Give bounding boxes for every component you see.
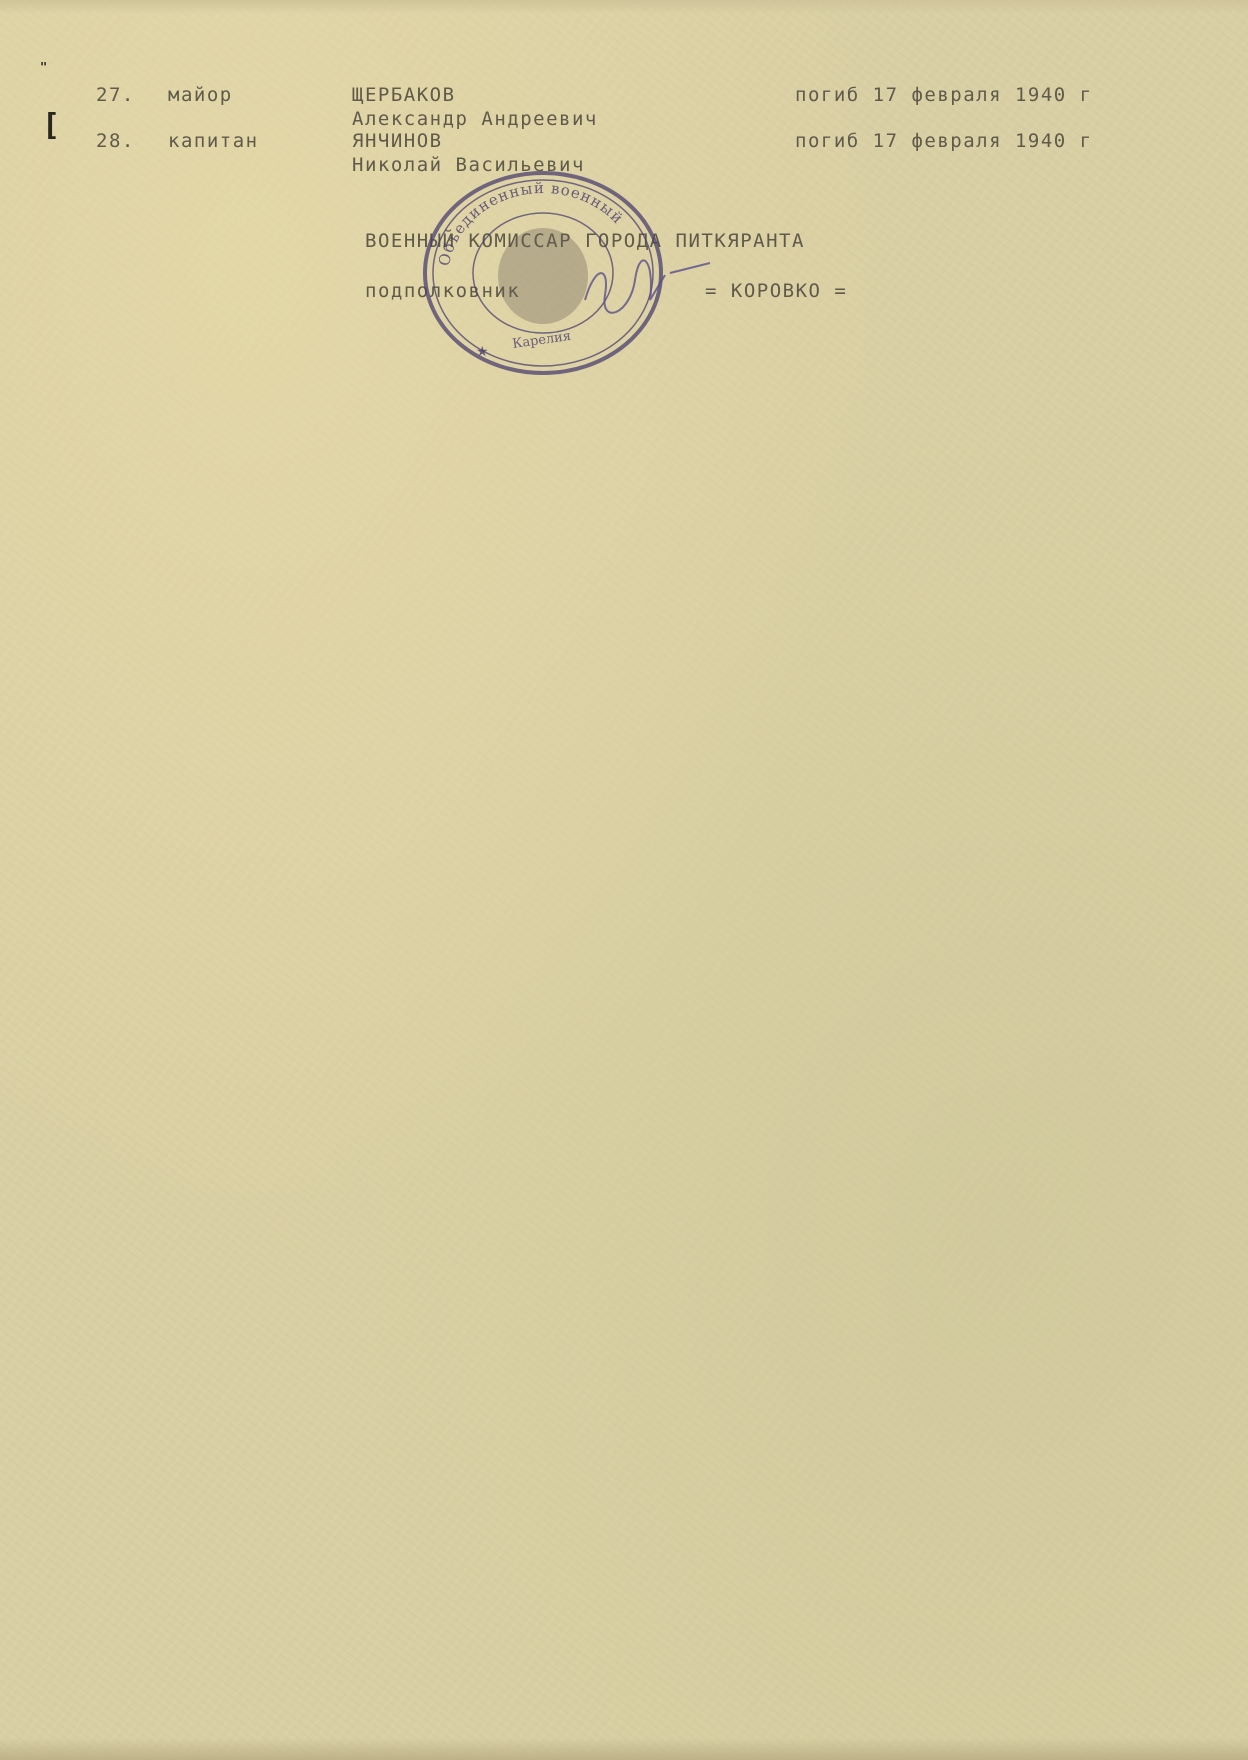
entry-surname: ЯНЧИНОВ: [352, 130, 443, 152]
paper-top-edge: [0, 0, 1248, 14]
entry-rank: майор: [168, 84, 233, 106]
entry-status: погиб 17 февраля 1940 г: [795, 84, 1093, 106]
svg-text:Карелия: Карелия: [511, 329, 571, 352]
svg-text:★: ★: [476, 344, 489, 360]
entry-rank: капитан: [168, 130, 259, 152]
signatory-name: = КОРОВКО =: [705, 280, 847, 302]
entry-number: 27.: [96, 84, 135, 106]
margin-mark-top: ": [40, 60, 47, 74]
entry-number: 28.: [96, 130, 135, 152]
entry-surname: ЩЕРБАКОВ: [352, 84, 456, 106]
signature-icon: [575, 255, 715, 325]
margin-mark-bracket: [: [42, 108, 60, 143]
paper-bottom-edge: [0, 1738, 1248, 1760]
entry-given-names: Александр Андреевич: [352, 108, 598, 130]
entry-status: погиб 17 февраля 1940 г: [795, 130, 1093, 152]
